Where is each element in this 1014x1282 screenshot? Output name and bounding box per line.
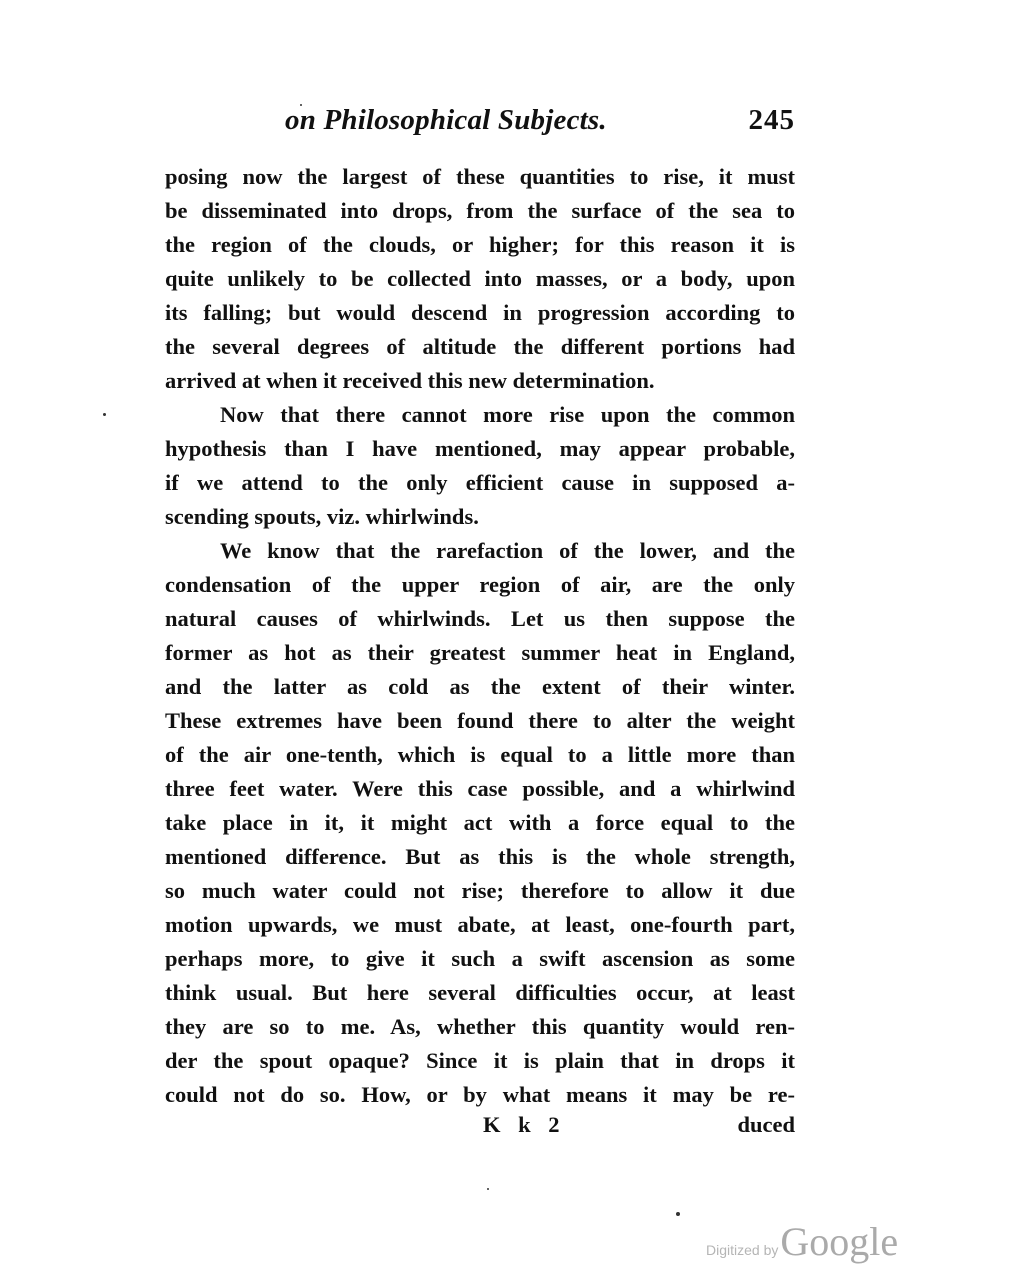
paragraph-3: We know that the rarefaction of the lowe… xyxy=(165,534,795,1112)
catchword: duced xyxy=(737,1112,795,1138)
text-line: motion upwards, we must abate, at least,… xyxy=(165,908,795,942)
text-line: mentioned difference. But as this is the… xyxy=(165,840,795,874)
text-line: quite unlikely to be collected into mass… xyxy=(165,262,795,296)
text-line: the region of the clouds, or higher; for… xyxy=(165,228,795,262)
text-line: and the latter as cold as the extent of … xyxy=(165,670,795,704)
text-line: Now that there cannot more rise upon the… xyxy=(165,398,795,432)
page-number: 245 xyxy=(749,104,796,137)
text-line: be disseminated into drops, from the sur… xyxy=(165,194,795,228)
text-line: hypothesis than I have mentioned, may ap… xyxy=(165,432,795,466)
text-line: posing now the largest of these quantiti… xyxy=(165,160,795,194)
text-line: perhaps more, to give it such a swift as… xyxy=(165,942,795,976)
text-line: so much water could not rise; therefore … xyxy=(165,874,795,908)
paragraph-2: Now that there cannot more rise upon the… xyxy=(165,398,795,534)
text-line: These extremes have been found there to … xyxy=(165,704,795,738)
text-line: the several degrees of altitude the diff… xyxy=(165,330,795,364)
paper-speck xyxy=(103,413,106,416)
watermark-prefix: Digitized by xyxy=(706,1242,778,1258)
text-line: of the air one-tenth, which is equal to … xyxy=(165,738,795,772)
paragraph-1: posing now the largest of these quantiti… xyxy=(165,160,795,398)
text-line: three feet water. Were this case possibl… xyxy=(165,772,795,806)
text-line: former as hot as their greatest summer h… xyxy=(165,636,795,670)
text-line: condensation of the upper region of air,… xyxy=(165,568,795,602)
signature-mark: K k 2 xyxy=(483,1112,566,1138)
paper-speck xyxy=(300,104,302,106)
page-header: on Philosophical Subjects. 245 xyxy=(165,104,795,144)
text-line: could not do so. How, or by what means i… xyxy=(165,1078,795,1112)
text-line: its falling; but would descend in progre… xyxy=(165,296,795,330)
text-line: take place in it, it might act with a fo… xyxy=(165,806,795,840)
google-logo: Google xyxy=(780,1219,898,1264)
body-text: posing now the largest of these quantiti… xyxy=(165,160,795,1112)
text-line: arrived at when it received this new det… xyxy=(165,364,795,398)
page-footer: K k 2 duced xyxy=(165,1112,795,1146)
paper-speck xyxy=(487,1188,489,1190)
text-line: scending spouts, viz. whirlwinds. xyxy=(165,500,795,534)
text-line: they are so to me. As, whether this quan… xyxy=(165,1010,795,1044)
digitized-watermark: Digitized byGoogle xyxy=(706,1218,898,1265)
running-title: on Philosophical Subjects. xyxy=(285,104,607,137)
book-page: on Philosophical Subjects. 245 posing no… xyxy=(0,0,1014,1282)
text-line: natural causes of whirlwinds. Let us the… xyxy=(165,602,795,636)
text-line: if we attend to the only efficient cause… xyxy=(165,466,795,500)
text-line: think usual. But here several difficulti… xyxy=(165,976,795,1010)
text-line: der the spout opaque? Since it is plain … xyxy=(165,1044,795,1078)
paper-speck xyxy=(676,1212,680,1216)
text-line: We know that the rarefaction of the lowe… xyxy=(165,534,795,568)
